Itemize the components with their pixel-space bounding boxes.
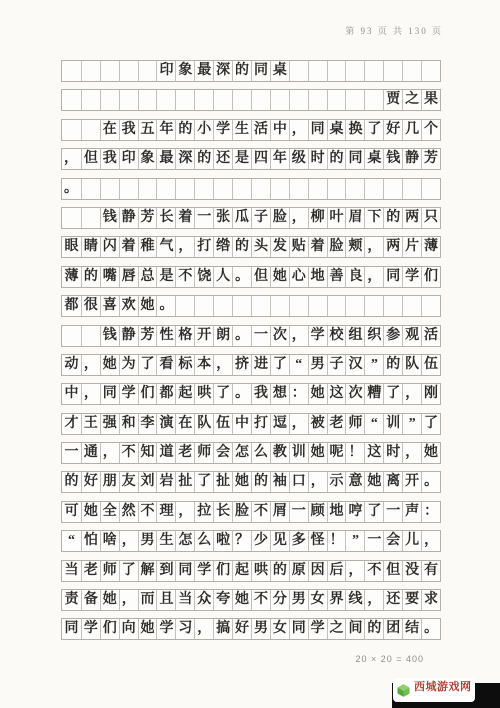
grid-cell: 良 — [345, 267, 364, 287]
grid-cell: 她 — [100, 355, 119, 375]
grid-cell: 两 — [383, 237, 402, 257]
grid-cell: 这 — [364, 443, 383, 463]
grid-cell: 责 — [62, 590, 81, 610]
grid-cell — [62, 90, 81, 110]
grid-cell: ， — [100, 443, 119, 463]
grid-cell: 刘 — [138, 472, 157, 492]
grid-cell — [100, 179, 119, 199]
grid-cell — [289, 61, 308, 81]
grid-cell — [345, 90, 364, 110]
composition-grid: 印象最深的同桌贾之果在我五年的小学生活中，同桌换了好几个，但我印象最深的还是四年… — [61, 60, 441, 640]
grid-cell: 训 — [383, 414, 402, 434]
grid-cell: 我 — [251, 384, 270, 404]
grid-cell: 求 — [421, 590, 440, 610]
grid-cell: 格 — [175, 326, 194, 346]
grid-cell: 之 — [402, 90, 421, 110]
grid-cell: 训 — [289, 443, 308, 463]
grid-cell: 怕 — [81, 531, 100, 551]
grid-cell: 象 — [175, 61, 194, 81]
grid-cell: 进 — [251, 355, 270, 375]
grid-cell: 的 — [364, 619, 383, 639]
grid-cell: 当 — [62, 561, 81, 581]
grid-cell: 有 — [421, 561, 440, 581]
grid-cell: 同 — [100, 384, 119, 404]
grid-cell: 只 — [421, 208, 440, 228]
grid-cell: 见 — [270, 531, 289, 551]
grid-cell: 钱 — [100, 208, 119, 228]
grid-cell: 伍 — [421, 355, 440, 375]
grid-cell: 学 — [194, 561, 213, 581]
grid-cell: 当 — [175, 590, 194, 610]
grid-cell: 她 — [421, 443, 440, 463]
grid-cell: 啦 — [213, 531, 232, 551]
grid-row: 责备她，而且当众夸她不分男女界线，还要求 — [61, 589, 441, 611]
grid-cell: ， — [81, 355, 100, 375]
grid-cell: ， — [289, 208, 308, 228]
grid-cell — [383, 61, 402, 81]
grid-cell: ？ — [232, 531, 251, 551]
grid-cell — [251, 90, 270, 110]
grid-cell: 男 — [289, 590, 308, 610]
grid-cell — [138, 179, 157, 199]
grid-cell: 师 — [100, 561, 119, 581]
grid-cell: 。 — [421, 472, 440, 492]
grid-cell: ， — [308, 472, 327, 492]
grid-cell: 深 — [213, 61, 232, 81]
grid-cell: 桌 — [327, 120, 346, 140]
grid-cell: 理 — [156, 502, 175, 522]
grid-count-formula: 20 × 20 = 400 — [355, 654, 424, 664]
grid-cell: 哼 — [345, 502, 364, 522]
grid-cell: 示 — [327, 472, 346, 492]
grid-cell: 活 — [251, 120, 270, 140]
grid-cell: 善 — [327, 267, 346, 287]
grid-cell: 果 — [421, 90, 440, 110]
grid-cell — [308, 90, 327, 110]
grid-cell: 声 — [402, 502, 421, 522]
grid-cell — [327, 61, 346, 81]
grid-cell — [81, 120, 100, 140]
grid-cell: 中 — [62, 384, 81, 404]
grid-cell: 可 — [62, 502, 81, 522]
grid-row: 。 — [61, 178, 441, 200]
grid-cell: 嘴 — [100, 267, 119, 287]
grid-cell: 朗 — [213, 326, 232, 346]
grid-cell: 搞 — [213, 619, 232, 639]
grid-cell: 开 — [402, 472, 421, 492]
grid-cell: 的 — [383, 208, 402, 228]
grid-cell: 没 — [402, 561, 421, 581]
grid-cell: 道 — [156, 443, 175, 463]
grid-cell: 贾 — [383, 90, 402, 110]
grid-cell: 时 — [383, 443, 402, 463]
grid-cell: “ — [62, 531, 81, 551]
grid-row: 的好朋友刘岩扯了扯她的袖口，示意她离开。 — [61, 471, 441, 493]
grid-cell: 一 — [251, 326, 270, 346]
grid-cell: 朋 — [100, 472, 119, 492]
grid-cell: 一 — [383, 502, 402, 522]
grid-cell: 贴 — [289, 237, 308, 257]
grid-cell: 桌 — [364, 149, 383, 169]
grid-row: 当老师了解到同学们起哄的原因后，不但没有 — [61, 560, 441, 582]
grid-row: 贾之果 — [61, 89, 441, 111]
grid-cell — [175, 296, 194, 316]
grid-cell — [383, 296, 402, 316]
grid-cell: 间 — [345, 619, 364, 639]
grid-cell: 众 — [194, 590, 213, 610]
grid-cell: 同 — [175, 561, 194, 581]
grid-cell: 男 — [308, 355, 327, 375]
grid-cell: 在 — [175, 414, 194, 434]
grid-cell: 。 — [156, 296, 175, 316]
grid-cell: 因 — [308, 561, 327, 581]
grid-cell: 且 — [156, 590, 175, 610]
grid-cell: 她 — [232, 472, 251, 492]
grid-cell — [308, 296, 327, 316]
grid-cell: ， — [421, 531, 440, 551]
grid-cell: 气 — [156, 237, 175, 257]
grid-cell: 。 — [232, 267, 251, 287]
grid-cell: 学 — [213, 120, 232, 140]
grid-cell — [289, 296, 308, 316]
grid-cell: 会 — [213, 443, 232, 463]
grid-cell: 知 — [138, 443, 157, 463]
grid-cell: 生 — [232, 120, 251, 140]
grid-cell: 为 — [119, 355, 138, 375]
grid-cell: 个 — [421, 120, 440, 140]
grid-cell: 的 — [232, 61, 251, 81]
grid-cell: 还 — [213, 149, 232, 169]
grid-cell — [62, 208, 81, 228]
grid-cell: 她 — [138, 296, 157, 316]
grid-cell — [62, 326, 81, 346]
grid-cell — [175, 179, 194, 199]
grid-cell: 次 — [270, 326, 289, 346]
grid-cell: 学 — [402, 267, 421, 287]
grid-cell: ” — [345, 531, 364, 551]
grid-cell: 不 — [364, 561, 383, 581]
grid-cell: 被 — [308, 414, 327, 434]
grid-cell: 但 — [251, 267, 270, 287]
grid-cell: 喜 — [100, 296, 119, 316]
grid-cell: 柳 — [308, 208, 327, 228]
grid-cell: “ — [289, 355, 308, 375]
grid-cell: 同 — [383, 267, 402, 287]
grid-cell: 解 — [138, 561, 157, 581]
grid-cell: 标 — [175, 355, 194, 375]
grid-cell: 同 — [308, 120, 327, 140]
grid-cell: 老 — [81, 561, 100, 581]
grid-cell — [327, 179, 346, 199]
grid-cell: 次 — [345, 384, 364, 404]
grid-cell: 的 — [270, 561, 289, 581]
grid-cell: 静 — [119, 208, 138, 228]
grid-cell: 欢 — [119, 296, 138, 316]
grid-cell: 很 — [81, 296, 100, 316]
grid-cell: 小 — [194, 120, 213, 140]
grid-cell: ， — [289, 326, 308, 346]
grid-cell — [138, 90, 157, 110]
grid-cell: 要 — [402, 590, 421, 610]
grid-cell: 全 — [100, 502, 119, 522]
grid-cell — [421, 61, 440, 81]
grid-cell — [62, 61, 81, 81]
grid-cell: 女 — [270, 619, 289, 639]
grid-cell: 学 — [156, 619, 175, 639]
grid-cell — [119, 179, 138, 199]
grid-cell: 的 — [251, 472, 270, 492]
grid-cell — [251, 179, 270, 199]
grid-cell: 刚 — [421, 384, 440, 404]
grid-cell: 怪 — [308, 531, 327, 551]
grid-cell: 脸 — [327, 237, 346, 257]
grid-cell — [81, 61, 100, 81]
grid-cell: 动 — [62, 355, 81, 375]
grid-cell: 她 — [232, 590, 251, 610]
grid-cell: 都 — [156, 384, 175, 404]
grid-cell — [81, 208, 100, 228]
grid-cell: 分 — [270, 590, 289, 610]
grid-cell: 稚 — [138, 237, 157, 257]
grid-cell: 四 — [251, 149, 270, 169]
grid-cell: 闪 — [100, 237, 119, 257]
grid-cell: 地 — [327, 502, 346, 522]
grid-cell: 的 — [194, 149, 213, 169]
grid-cell: 起 — [175, 384, 194, 404]
grid-cell: 拉 — [194, 502, 213, 522]
grid-cell: 怎 — [175, 531, 194, 551]
grid-cell: 同 — [62, 619, 81, 639]
grid-cell: 开 — [194, 326, 213, 346]
grid-cell: 学 — [308, 619, 327, 639]
grid-cell: 我 — [100, 149, 119, 169]
grid-cell — [194, 296, 213, 316]
grid-cell — [383, 179, 402, 199]
grid-cell: 友 — [119, 472, 138, 492]
grid-cell: ， — [119, 590, 138, 610]
grid-cell — [119, 61, 138, 81]
grid-cell: 哄 — [251, 561, 270, 581]
grid-row: 动，她为了看标本，挤进了“男子汉”的队伍 — [61, 354, 441, 376]
grid-cell — [232, 90, 251, 110]
grid-cell: 男 — [138, 531, 157, 551]
grid-cell: 的 — [232, 237, 251, 257]
grid-cell: 了 — [383, 384, 402, 404]
grid-cell — [308, 179, 327, 199]
grid-cell: 本 — [194, 355, 213, 375]
grid-cell: ， — [289, 414, 308, 434]
grid-cell: 打 — [194, 237, 213, 257]
grid-cell: 绺 — [213, 237, 232, 257]
grid-cell: 片 — [402, 237, 421, 257]
grid-row: 都很喜欢她。 — [61, 295, 441, 317]
grid-cell: 两 — [402, 208, 421, 228]
grid-cell — [289, 179, 308, 199]
grid-cell — [345, 296, 364, 316]
grid-cell: 同 — [251, 61, 270, 81]
grid-cell: ， — [175, 502, 194, 522]
grid-cell — [81, 326, 100, 346]
grid-cell: 强 — [100, 414, 119, 434]
grid-cell — [364, 179, 383, 199]
grid-cell: 界 — [327, 590, 346, 610]
grid-cell — [156, 90, 175, 110]
grid-cell — [251, 296, 270, 316]
grid-cell: 学 — [308, 326, 327, 346]
grid-row: ，但我印象最深的还是四年级时的同桌钱静芳 — [61, 148, 441, 170]
grid-cell: 级 — [289, 149, 308, 169]
grid-cell: 一 — [364, 531, 383, 551]
grid-cell: 少 — [251, 531, 270, 551]
grid-cell: 打 — [251, 414, 270, 434]
grid-cell: 性 — [156, 326, 175, 346]
grid-cell: ， — [364, 267, 383, 287]
grid-row: 同学们向她学习，搞好男女同学之间的团结。 — [61, 618, 441, 640]
grid-cell — [308, 61, 327, 81]
grid-cell: 们 — [100, 619, 119, 639]
grid-cell: 扯 — [175, 472, 194, 492]
grid-cell: 队 — [194, 414, 213, 434]
grid-cell: 最 — [194, 61, 213, 81]
grid-cell — [289, 90, 308, 110]
grid-cell: 顾 — [308, 502, 327, 522]
grid-cell — [232, 296, 251, 316]
grid-cell: 好 — [383, 120, 402, 140]
grid-cell: 起 — [232, 561, 251, 581]
grid-cell: 年 — [156, 120, 175, 140]
grid-cell: 离 — [383, 472, 402, 492]
grid-cell: 而 — [138, 590, 157, 610]
grid-cell: 老 — [327, 414, 346, 434]
grid-cell: 不 — [175, 267, 194, 287]
grid-cell: 活 — [421, 326, 440, 346]
grid-cell — [345, 179, 364, 199]
grid-cell: 子 — [251, 208, 270, 228]
grid-cell: 中 — [232, 414, 251, 434]
grid-cell: 怎 — [232, 443, 251, 463]
grid-cell: 长 — [213, 502, 232, 522]
grid-cell: 好 — [232, 619, 251, 639]
grid-cell: 不 — [251, 502, 270, 522]
grid-cell: 桌 — [270, 61, 289, 81]
grid-cell: 伍 — [213, 414, 232, 434]
grid-cell: 么 — [251, 443, 270, 463]
grid-cell: 时 — [308, 149, 327, 169]
grid-cell: 在 — [100, 120, 119, 140]
grid-cell: 叶 — [327, 208, 346, 228]
grid-cell: 教 — [270, 443, 289, 463]
grid-cell: 向 — [119, 619, 138, 639]
grid-cell — [402, 179, 421, 199]
grid-cell: 才 — [62, 414, 81, 434]
grid-cell: 颊 — [345, 237, 364, 257]
grid-cell: 师 — [194, 443, 213, 463]
grid-cell: ！ — [345, 443, 364, 463]
grid-cell: 结 — [402, 619, 421, 639]
grid-cell: ， — [62, 149, 81, 169]
grid-cell: 织 — [364, 326, 383, 346]
grid-cell: ， — [364, 237, 383, 257]
grid-cell — [100, 61, 119, 81]
grid-cell: 。 — [232, 326, 251, 346]
grid-cell: 队 — [402, 355, 421, 375]
grid-cell — [213, 179, 232, 199]
grid-cell: 着 — [119, 237, 138, 257]
grid-row: 印象最深的同桌 — [61, 60, 441, 82]
grid-cell — [364, 296, 383, 316]
watermark-text-block: 西城游戏网 · · · · · · · · · · · · · · · · — [414, 682, 472, 699]
grid-cell: 子 — [327, 355, 346, 375]
grid-cell: 女 — [308, 590, 327, 610]
grid-cell — [194, 90, 213, 110]
essay-photo-page: 第 93 页 共 130 页 印象最深的同桌贾之果在我五年的小学生活中，同桌换了… — [0, 0, 500, 708]
grid-cell — [213, 296, 232, 316]
grid-cell: 口 — [289, 472, 308, 492]
grid-cell: 屑 — [270, 502, 289, 522]
grid-cell: 瓜 — [232, 208, 251, 228]
grid-cell: 她 — [100, 590, 119, 610]
grid-cell: 最 — [156, 149, 175, 169]
grid-cell: 后 — [327, 561, 346, 581]
grid-cell — [421, 179, 440, 199]
grid-cell: 。 — [232, 384, 251, 404]
grid-cell: 李 — [138, 414, 157, 434]
grid-cell: 师 — [345, 414, 364, 434]
grid-cell — [327, 90, 346, 110]
watermark-tagline: · · · · · · · · · · · · · · · · — [414, 694, 472, 698]
grid-cell — [345, 61, 364, 81]
grid-cell — [327, 296, 346, 316]
grid-cell: “ — [364, 414, 383, 434]
grid-row: 钱静芳长着一张瓜子脸，柳叶眉下的两只 — [61, 207, 441, 229]
grid-cell — [213, 90, 232, 110]
grid-cell: 挤 — [232, 355, 251, 375]
grid-cell: ” — [402, 414, 421, 434]
grid-cell: 但 — [81, 149, 100, 169]
grid-cell: ， — [402, 443, 421, 463]
grid-cell: 芳 — [421, 149, 440, 169]
grid-cell: 不 — [138, 502, 157, 522]
grid-cell: 学 — [119, 384, 138, 404]
grid-cell: 薄 — [62, 267, 81, 287]
grid-cell: 一 — [62, 443, 81, 463]
grid-cell — [421, 296, 440, 316]
grid-cell: 同 — [289, 619, 308, 639]
grid-cell: 哄 — [194, 384, 213, 404]
grid-cell: ！ — [327, 531, 346, 551]
grid-cell: 到 — [156, 561, 175, 581]
grid-cell: 这 — [327, 384, 346, 404]
grid-cell: 静 — [402, 149, 421, 169]
grid-row: “怕啥，男生怎么啦？少见多怪！”一会儿， — [61, 530, 441, 552]
grid-cell: 汉 — [345, 355, 364, 375]
grid-cell: 一 — [194, 208, 213, 228]
grid-cell: ， — [213, 355, 232, 375]
grid-cell: 学 — [81, 619, 100, 639]
grid-cell: ， — [194, 619, 213, 639]
grid-cell: 之 — [327, 619, 346, 639]
grid-cell: ， — [289, 120, 308, 140]
grid-cell: 了 — [213, 384, 232, 404]
grid-cell: 岩 — [156, 472, 175, 492]
grid-cell: 饶 — [194, 267, 213, 287]
grid-cell: 是 — [156, 267, 175, 287]
grid-cell — [81, 90, 100, 110]
grid-cell: 袖 — [270, 472, 289, 492]
grid-cell: 长 — [156, 208, 175, 228]
grid-cell: 了 — [364, 502, 383, 522]
grid-cell: 了 — [364, 120, 383, 140]
